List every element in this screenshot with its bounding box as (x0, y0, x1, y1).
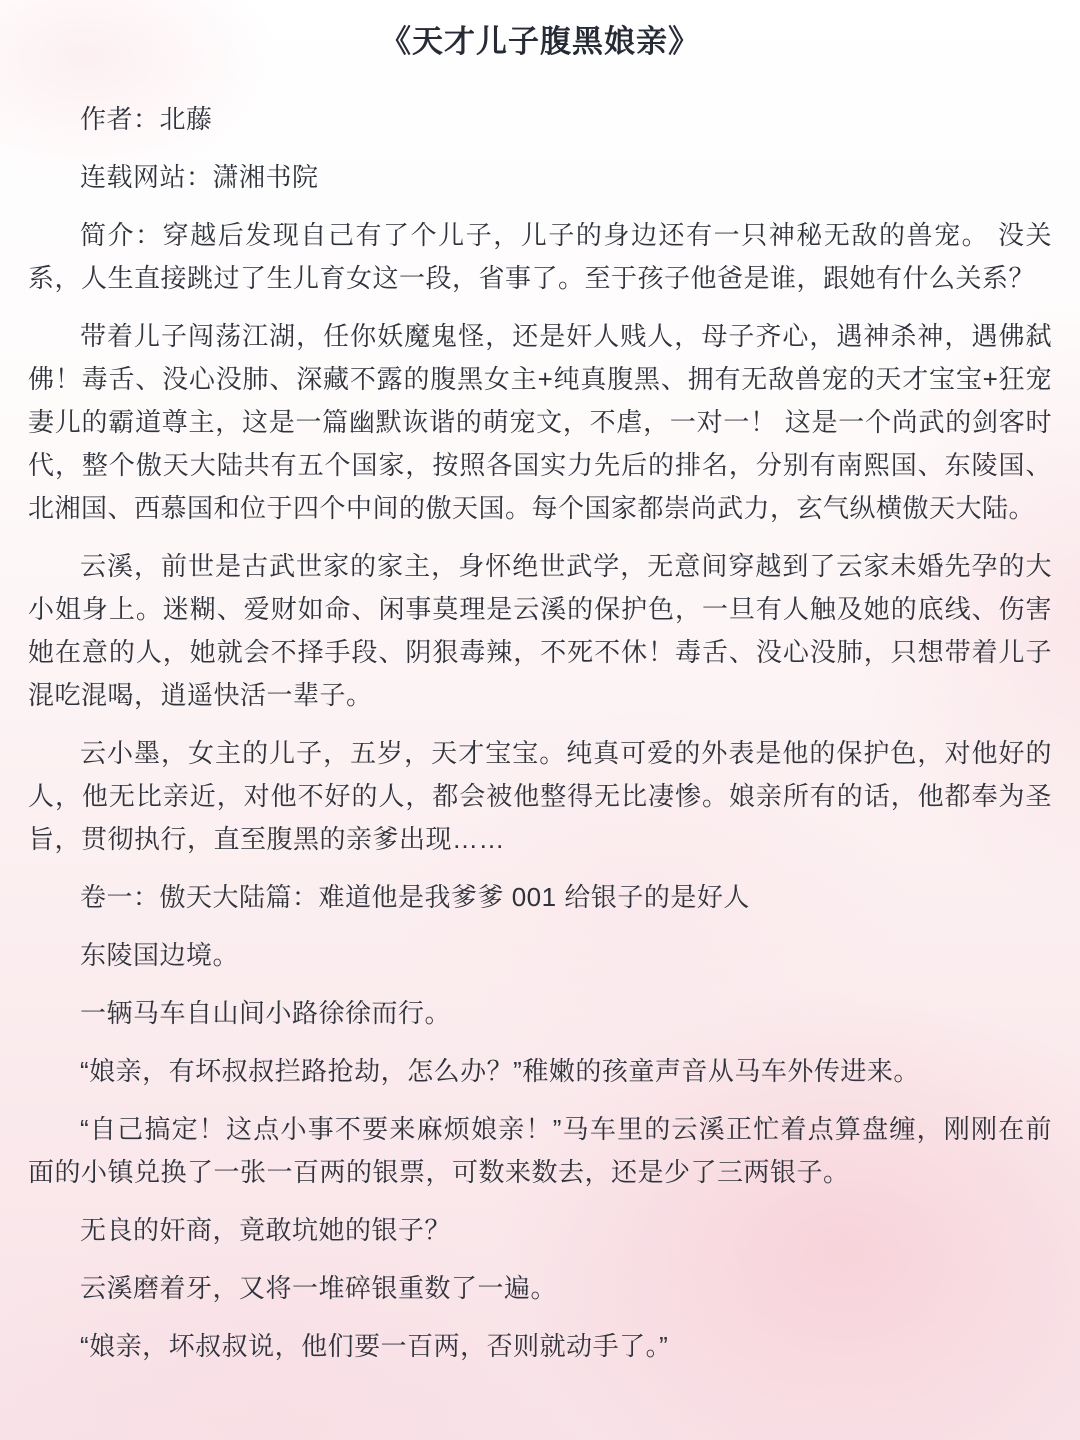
story-paragraph: “娘亲，坏叔叔说，他们要一百两，否则就动手了。” (28, 1325, 1052, 1368)
story-paragraph: 云溪磨着牙，又将一堆碎银重数了一遍。 (28, 1267, 1052, 1310)
book-title: 《天才儿子腹黑娘亲》 (28, 20, 1052, 64)
serial-site-line: 连载网站：潇湘书院 (28, 156, 1052, 199)
synopsis-intro-paragraph: 简介：穿越后发现自己有了个儿子，儿子的身边还有一只神秘无敌的兽宠。 没关系，人生… (28, 214, 1052, 300)
synopsis-world-paragraph: 带着儿子闯荡江湖，任你妖魔鬼怪，还是奸人贱人，母子齐心，遇神杀神，遇佛弑佛！毒舌… (28, 315, 1052, 530)
story-paragraph: 无良的奸商，竟敢坑她的银子？ (28, 1209, 1052, 1252)
author-line: 作者：北藤 (28, 98, 1052, 141)
story-paragraph: 东陵国边境。 (28, 934, 1052, 977)
story-paragraph: “自己搞定！这点小事不要来麻烦娘亲！”马车里的云溪正忙着点算盘缠，刚刚在前面的小… (28, 1108, 1052, 1194)
character-yunxiaomo-paragraph: 云小墨，女主的儿子，五岁，天才宝宝。纯真可爱的外表是他的保护色，对他好的人，他无… (28, 732, 1052, 861)
story-paragraph: “娘亲，有坏叔叔拦路抢劫，怎么办？”稚嫩的孩童声音从马车外传进来。 (28, 1050, 1052, 1093)
volume-chapter-heading: 卷一：傲天大陆篇：难道他是我爹爹 001 给银子的是好人 (28, 876, 1052, 919)
character-yunxi-paragraph: 云溪，前世是古武世家的家主，身怀绝世武学，无意间穿越到了云家未婚先孕的大小姐身上… (28, 545, 1052, 717)
story-paragraph: 一辆马车自山间小路徐徐而行。 (28, 992, 1052, 1035)
novel-page: 《天才儿子腹黑娘亲》 作者：北藤 连载网站：潇湘书院 简介：穿越后发现自己有了个… (0, 0, 1080, 1440)
